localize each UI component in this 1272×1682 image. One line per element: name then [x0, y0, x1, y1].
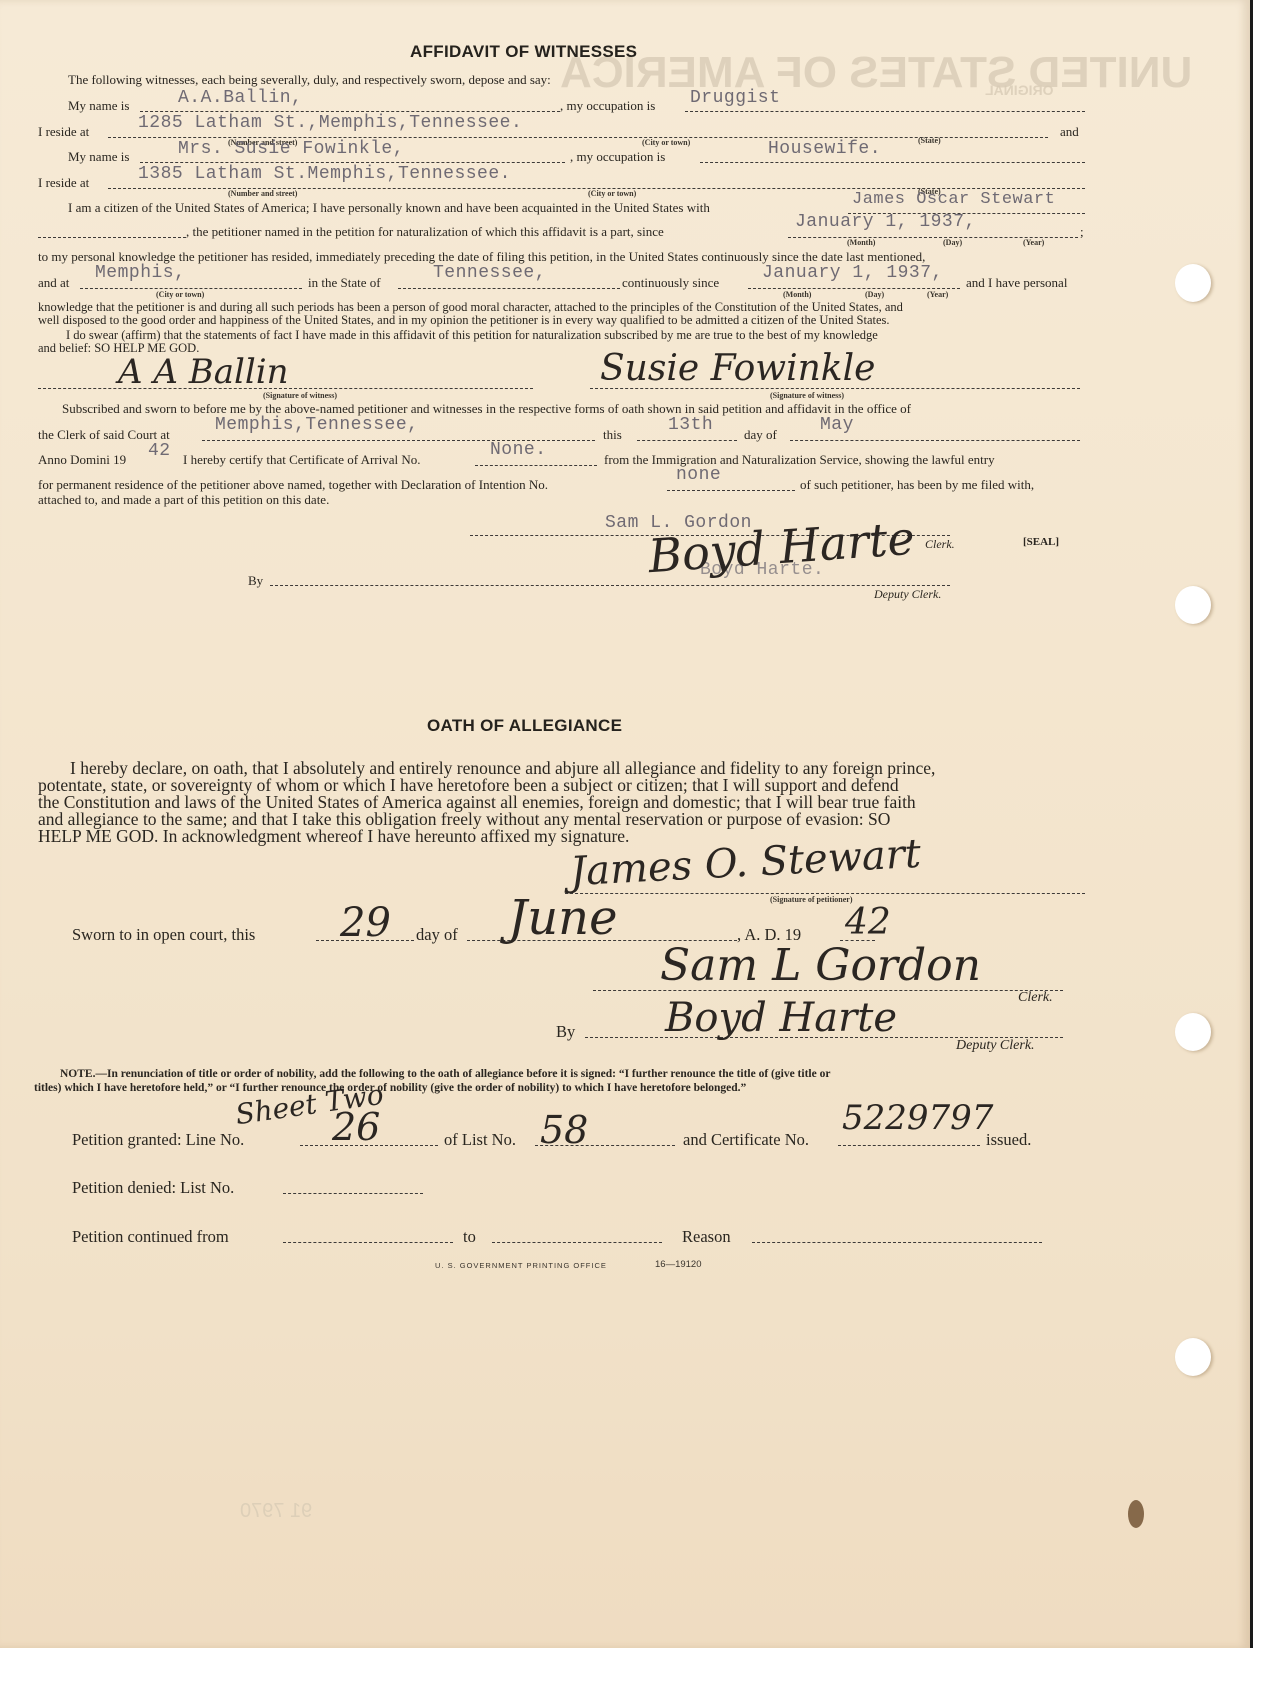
label-state: (State)	[918, 136, 941, 145]
label-year: (Year)	[927, 290, 948, 299]
anno-label: Anno Domini 19	[38, 452, 126, 468]
label-year: (Year)	[1023, 238, 1044, 247]
form-number: 16—19120	[655, 1259, 701, 1270]
petitioner-name-cont-line	[38, 237, 186, 238]
character-text-2: well disposed to the good order and happ…	[38, 313, 890, 328]
reason-label: Reason	[682, 1227, 731, 1247]
city-line	[80, 288, 302, 289]
witness1-signature-line	[38, 388, 533, 389]
note-line-2: titles) which I have heretofore held,” o…	[34, 1082, 746, 1094]
and-at-label: and at	[38, 275, 69, 291]
day-value: 13th	[668, 415, 713, 435]
list-no: 58	[540, 1108, 588, 1152]
witness1-occupation: Druggist	[690, 88, 780, 108]
and-label: and	[1060, 124, 1079, 140]
filed-text: of such petitioner, has been by me filed…	[800, 477, 1034, 493]
semicolon: ;	[1080, 224, 1084, 240]
declaration-no-line	[667, 490, 795, 491]
day-of-label: day of	[744, 427, 777, 443]
continued-label: Petition continued from	[72, 1227, 229, 1247]
citizen-text: I am a citizen of the United States of A…	[68, 200, 710, 216]
label-signature-witness: (Signature of witness)	[263, 391, 337, 400]
continued-to-line	[492, 1242, 662, 1243]
certify-text: I hereby certify that Certificate of Arr…	[183, 452, 421, 468]
since-date: January 1, 1937,	[795, 212, 976, 232]
witness1-reside-label: I reside at	[38, 124, 89, 140]
witness2-occupation-label: , my occupation is	[570, 149, 665, 165]
petitioner-name: James Oscar Stewart	[852, 190, 1055, 209]
label-day: (Day)	[865, 290, 884, 299]
declaration-no: none	[676, 465, 721, 485]
deputy-label: Deputy Clerk.	[874, 587, 941, 602]
state-line	[398, 288, 620, 289]
stain	[1128, 1500, 1144, 1528]
certificate-no: 5229797	[842, 1098, 993, 1138]
line-no: 26	[332, 1105, 380, 1149]
issued-label: issued.	[986, 1130, 1031, 1150]
sworn-year: 42	[845, 902, 891, 943]
bleedthrough-stamp: 91 7970	[240, 1500, 312, 1523]
witness2-occupation: Housewife.	[768, 139, 881, 159]
punch-hole	[1175, 1338, 1211, 1376]
granted-label: Petition granted: Line No.	[72, 1130, 244, 1150]
witness2-name-line	[140, 162, 565, 163]
oath-line-5: HELP ME GOD. In acknowledgment whereof I…	[38, 826, 629, 846]
month-line	[790, 440, 1080, 441]
witness1-signature: A A Ballin	[118, 352, 289, 392]
punch-hole	[1175, 586, 1211, 624]
witness2-address: 1385 Latham St.Memphis,Tennessee.	[138, 164, 511, 184]
this-label: this	[603, 427, 622, 443]
printer-label: U. S. GOVERNMENT PRINTING OFFICE	[435, 1261, 607, 1270]
label-city-town: (City or town)	[642, 138, 690, 147]
affidavit-intro: The following witnesses, each being seve…	[68, 72, 551, 88]
oath-clerk-label: Clerk.	[1018, 990, 1053, 1006]
continued-from-line	[283, 1242, 453, 1243]
witness1-occupation-label: , my occupation is	[560, 98, 655, 114]
petitioner-signature-line	[565, 893, 1085, 894]
city: Memphis,	[95, 263, 185, 283]
bleedthrough-original: ORIGINAL	[985, 82, 1053, 98]
deputy-line	[270, 585, 950, 586]
arrival-no: None.	[490, 440, 547, 460]
to-label: to	[463, 1227, 476, 1247]
oath-deputy-label: Deputy Clerk.	[956, 1038, 1035, 1054]
seal-label: [SEAL]	[1023, 536, 1059, 548]
witness2-name: Mrs. Susie Fowinkle,	[178, 139, 404, 159]
oath-title: OATH OF ALLEGIANCE	[427, 716, 622, 736]
clerk-label: Clerk.	[925, 537, 955, 552]
continuously-date: January 1, 1937,	[762, 263, 943, 283]
witness2-signature: Susie Fowinkle	[600, 348, 875, 389]
certificate-no-line	[838, 1145, 980, 1146]
sworn-month: June	[508, 890, 617, 946]
witness2-name-label: My name is	[68, 149, 129, 165]
witness1-name-label: My name is	[68, 98, 129, 114]
affidavit-title: AFFIDAVIT OF WITNESSES	[410, 42, 637, 62]
punch-hole	[1175, 264, 1211, 302]
label-city-town: (City or town)	[588, 189, 636, 198]
label-day: (Day)	[943, 238, 962, 247]
bleedthrough-header: UNITED STATES OF AMERICA	[560, 48, 1192, 98]
witness1-name: A.A.Ballin,	[178, 88, 302, 108]
witness1-name-line	[140, 111, 560, 112]
label-month: (Month)	[847, 238, 875, 247]
oath-by-label: By	[556, 1022, 575, 1042]
sworn-day: 29	[340, 900, 391, 946]
sworn-label: Sworn to in open court, this	[72, 925, 255, 945]
arrival-no-line	[475, 465, 597, 466]
list-label: of List No.	[444, 1130, 516, 1150]
document-page: UNITED STATES OF AMERICA ORIGINAL 91 797…	[0, 0, 1253, 1648]
denied-list-line	[283, 1193, 423, 1194]
subscribed-text: Subscribed and sworn to before me by the…	[62, 401, 911, 417]
reason-line	[752, 1242, 1042, 1243]
clerk-location: Memphis,Tennessee,	[215, 415, 418, 435]
state-of-label: in the State of	[308, 275, 381, 291]
continuously-label: continuously since	[622, 275, 719, 291]
label-signature-witness: (Signature of witness)	[770, 391, 844, 400]
note-line-1: NOTE.—In renunciation of title or order …	[60, 1068, 830, 1080]
attached-text: attached to, and made a part of this pet…	[38, 492, 329, 508]
certificate-label: and Certificate No.	[683, 1130, 809, 1150]
witness1-occupation-line	[685, 111, 1085, 112]
oath-clerk-line	[593, 990, 1063, 991]
label-number-street: (Number and street)	[228, 189, 297, 198]
punch-hole	[1175, 1013, 1211, 1051]
witness2-reside-label: I reside at	[38, 175, 89, 191]
month-value: May	[820, 415, 854, 435]
continuously-line	[748, 288, 960, 289]
petitioner-text: , the petitioner named in the petition f…	[186, 224, 664, 240]
label-month: (Month)	[783, 290, 811, 299]
witness2-occupation-line	[700, 162, 1085, 163]
anno-year: 42	[148, 441, 171, 461]
sworn-day-of-label: day of	[416, 925, 458, 945]
label-city-town: (City or town)	[156, 290, 204, 299]
from-ins-text: from the Immigration and Naturalization …	[604, 452, 995, 468]
denied-label: Petition denied: List No.	[72, 1178, 234, 1198]
signature-petitioner-label: (Signature of petitioner)	[770, 895, 853, 904]
oath-deputy-signature: Boyd Harte	[665, 995, 897, 1041]
permanent-text: for permanent residence of the petitione…	[38, 477, 548, 493]
personal-label: and I have personal	[966, 275, 1067, 291]
day-line	[637, 440, 737, 441]
oath-clerk-signature: Sam L Gordon	[660, 940, 981, 991]
by-label: By	[248, 573, 263, 589]
state: Tennessee,	[433, 263, 546, 283]
witness1-address: 1285 Latham St.,Memphis,Tennessee.	[138, 113, 522, 133]
witness2-signature-line	[590, 388, 1080, 389]
